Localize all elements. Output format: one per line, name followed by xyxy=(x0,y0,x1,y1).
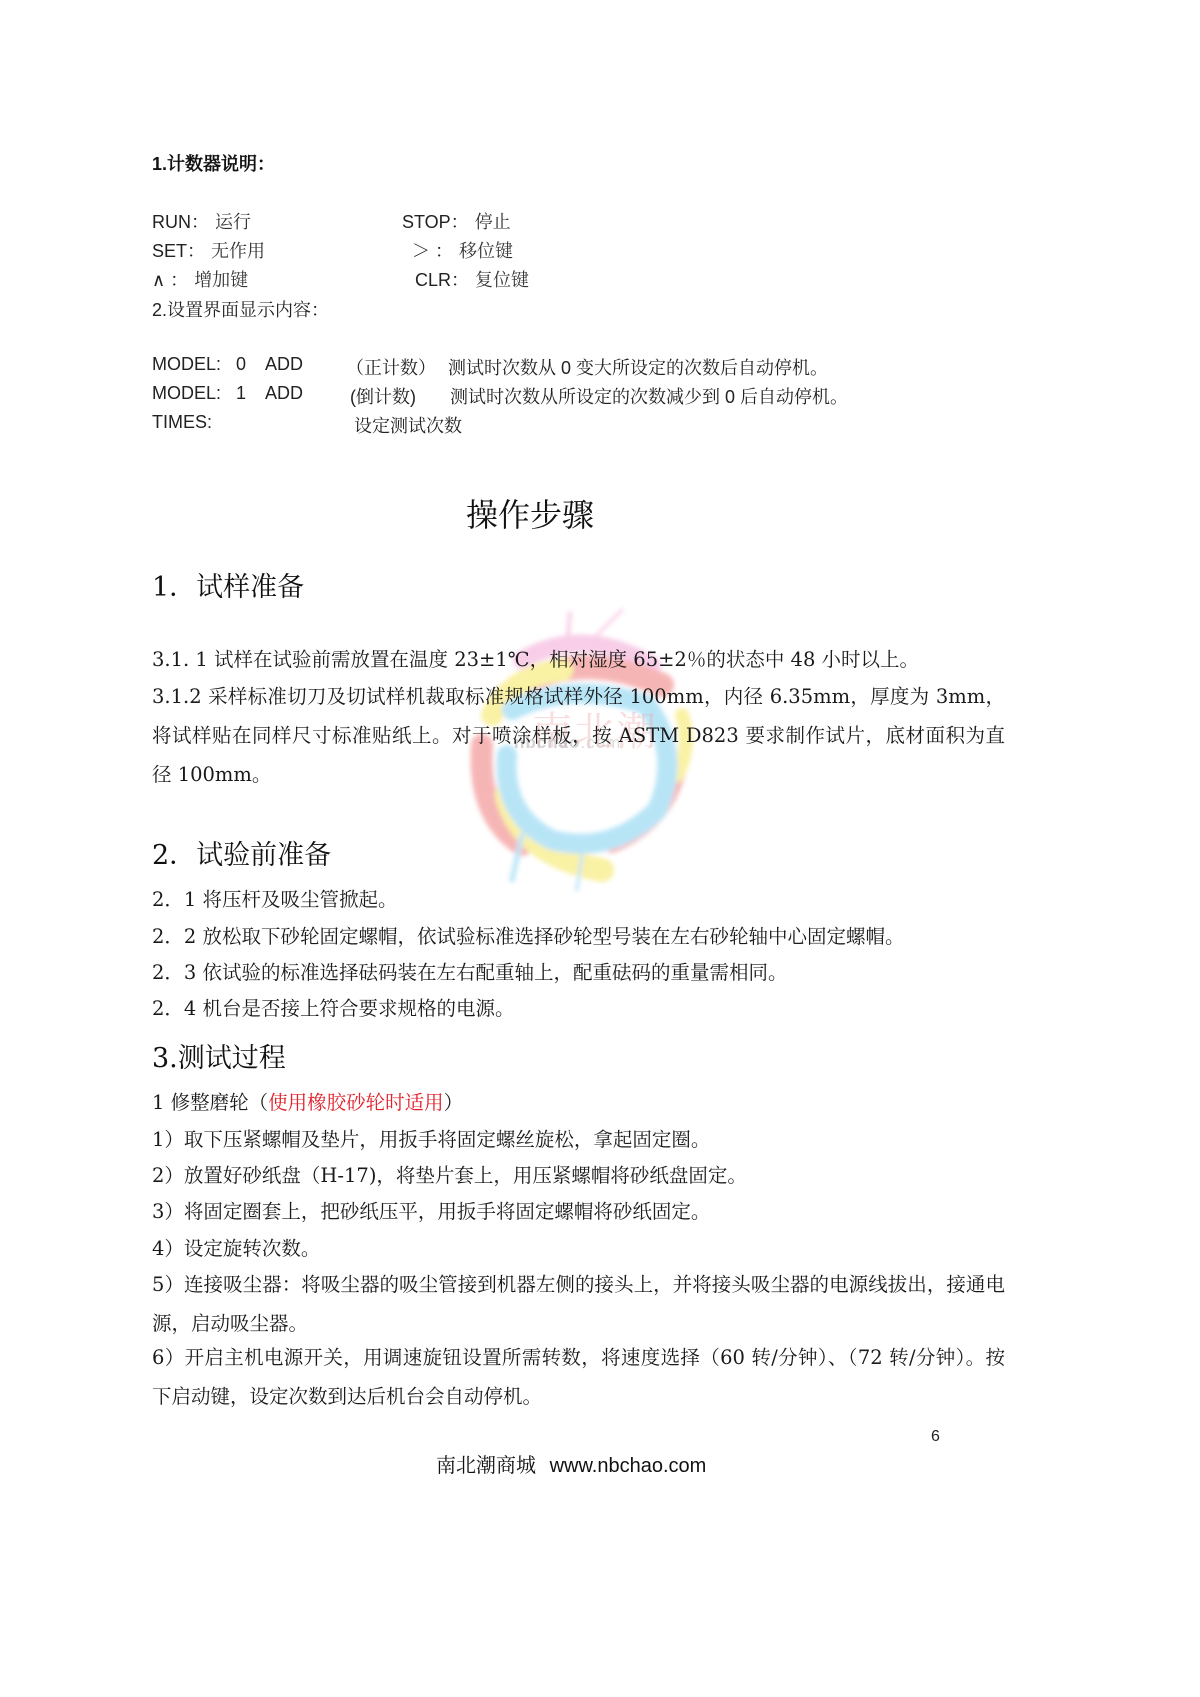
paragraph: 2．1 将压杆及吸尘管掀起。 xyxy=(152,880,1005,919)
step-item: 5）连接吸尘器：将吸尘器的吸尘管接到机器左侧的接头上，并将接头吸尘器的电源线拔出… xyxy=(152,1265,1005,1343)
key-run: RUN：运行 xyxy=(152,208,251,234)
setting-type: （正计数） xyxy=(346,354,436,380)
setting-value: 0 xyxy=(236,354,246,375)
key-shift: ＞ ：移位键 xyxy=(412,237,513,263)
key-stop: STOP：停止 xyxy=(402,208,511,234)
setting-mode: ADD xyxy=(265,383,303,404)
step-item: 4）设定旋转次数。 xyxy=(152,1229,1005,1268)
setting-desc: 设定测试次数 xyxy=(354,412,462,438)
key-set: SET：无作用 xyxy=(152,237,265,263)
page-number: 6 xyxy=(931,1428,940,1446)
section-heading: 2．试验前准备 xyxy=(152,833,331,872)
key-increase: ∧ ：增加键 xyxy=(152,266,248,292)
setting-desc: 测试时次数从 0 变大所设定的次数后自动停机。 xyxy=(448,354,828,380)
settings-heading: 2.设置界面显示内容： xyxy=(152,296,329,322)
setting-label: TIMES: xyxy=(152,412,212,433)
footer: 南北潮商城 www.nbchao.com xyxy=(436,1449,706,1478)
document-page: 南北潮 nbchao.com 1.计数器说明： RUN：运行 STOP：停止 S… xyxy=(0,0,1200,1697)
setting-desc: 测试时次数从所设定的次数减少到 0 后自动停机。 xyxy=(450,383,848,409)
step-item: 1）取下压紧螺帽及垫片，用扳手将固定螺丝旋松，拿起固定圈。 xyxy=(152,1120,1005,1159)
red-note: 使用橡胶砂轮时适用 xyxy=(268,1091,444,1114)
procedure-title: 操作步骤 xyxy=(0,490,1060,536)
counter-heading: 1.计数器说明： xyxy=(152,150,275,176)
step-item: 2）放置好砂纸盘（H-17)，将垫片套上，用压紧螺帽将砂纸盘固定。 xyxy=(152,1156,1005,1195)
paragraph: 2．4 机台是否接上符合要求规格的电源。 xyxy=(152,989,1005,1028)
footer-brand: 南北潮商城 xyxy=(436,1453,536,1477)
sub-heading: 1 修整磨轮（使用橡胶砂轮时适用） xyxy=(152,1083,1005,1122)
section-heading: 1．试样准备 xyxy=(152,565,304,604)
section-heading: 3.测试过程 xyxy=(152,1036,286,1075)
paragraph: 3.1. 1 试样在试验前需放置在温度 23±1℃，相对湿度 65±2％的状态中… xyxy=(152,640,1005,679)
setting-label: MODEL: xyxy=(152,354,221,375)
paragraph: 3.1.2 采样标准切刀及切试样机裁取标准规格试样外径 100mm，内径 6.3… xyxy=(152,677,1005,794)
key-clear: CLR：复位键 xyxy=(415,266,529,292)
setting-mode: ADD xyxy=(265,354,303,375)
setting-value: 1 xyxy=(236,383,246,404)
paragraph: 2．2 放松取下砂轮固定螺帽，依试验标准选择砂轮型号装在左右砂轮轴中心固定螺帽。 xyxy=(152,917,1032,956)
step-item: 3）将固定圈套上，把砂纸压平，用扳手将固定螺帽将砂纸固定。 xyxy=(152,1192,1005,1231)
setting-label: MODEL: xyxy=(152,383,221,404)
footer-url[interactable]: www.nbchao.com xyxy=(550,1455,707,1477)
paragraph: 2．3 依试验的标准选择砝码装在左右配重轴上，配重砝码的重量需相同。 xyxy=(152,953,1005,992)
step-item: 6）开启主机电源开关，用调速旋钮设置所需转数，将速度选择（60 转/分钟）、（7… xyxy=(152,1338,1005,1416)
setting-type: (倒计数) xyxy=(350,383,416,409)
